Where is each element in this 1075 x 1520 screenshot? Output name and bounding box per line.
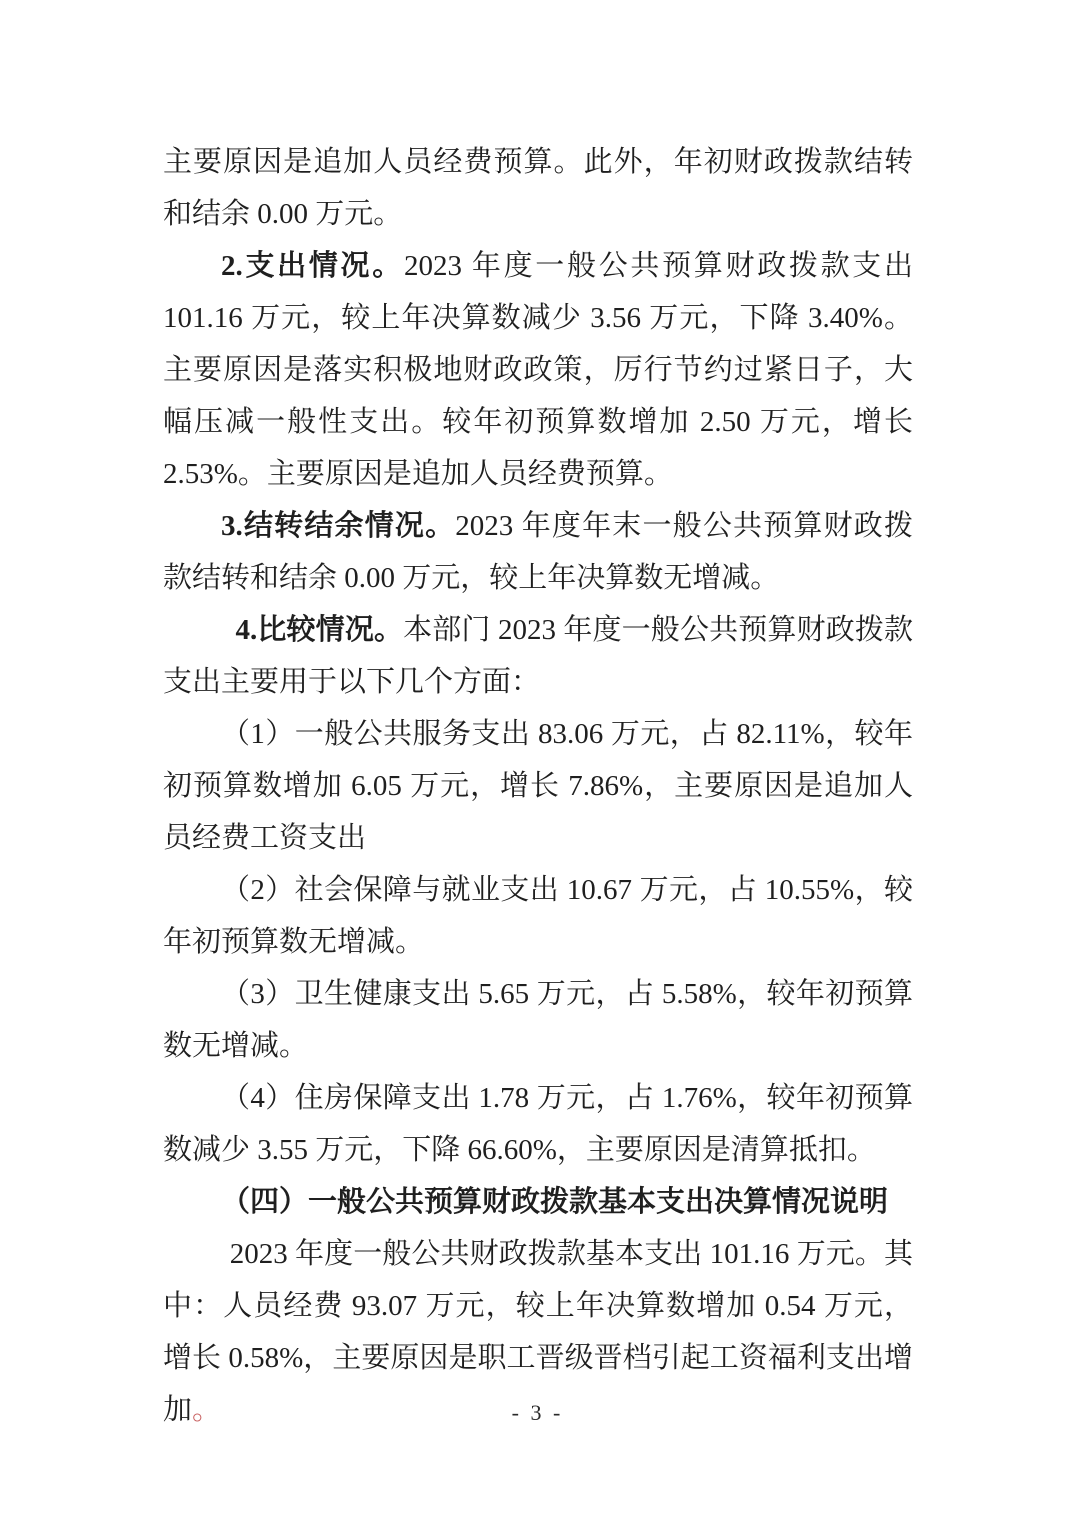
bold-run: 2.支出情况。 bbox=[221, 250, 404, 282]
para-item-4-housing-security: （4）住房保障支出 1.78 万元，占 1.76%，较年初预算数减少 3.55 … bbox=[163, 1072, 913, 1176]
text-run: （1）一般公共服务支出 83.06 万元，占 82.11%，较年初预算数增加 6… bbox=[163, 718, 913, 854]
bold-run: 4.比较情况。 bbox=[236, 614, 404, 646]
document-body: 主要原因是追加人员经费预算。此外，年初财政拨款结转和结余 0.00 万元。2.支… bbox=[163, 136, 913, 1436]
text-run: （4）住房保障支出 1.78 万元，占 1.76%，较年初预算数减少 3.55 … bbox=[163, 1082, 913, 1166]
heading-section-4-basic-expenditure: （四）一般公共预算财政拨款基本支出决算情况说明 bbox=[163, 1176, 913, 1228]
text-run: 2023 年度一般公共财政拨款基本支出 101.16 万元。其中：人员经费 93… bbox=[163, 1238, 913, 1426]
text-run: 主要原因是追加人员经费预算。此外，年初财政拨款结转和结余 0.00 万元。 bbox=[163, 146, 913, 230]
bold-run: 3.结转结余情况。 bbox=[221, 510, 455, 542]
text-run: （2）社会保障与就业支出 10.67 万元，占 10.55%，较年初预算数无增减… bbox=[163, 874, 913, 958]
text-run: 2023 年度一般公共预算财政拨款支出 101.16 万元，较上年决算数减少 3… bbox=[163, 250, 913, 490]
para-3-carryover-balance: 3.结转结余情况。2023 年度年末一般公共预算财政拨款结转和结余 0.00 万… bbox=[163, 500, 913, 604]
text-run: （3）卫生健康支出 5.65 万元，占 5.58%，较年初预算数无增减。 bbox=[163, 978, 913, 1062]
para-4-comparison: 4.比较情况。本部门 2023 年度一般公共预算财政拨款支出主要用于以下几个方面… bbox=[163, 604, 913, 708]
para-item-1-general-public-services: （1）一般公共服务支出 83.06 万元，占 82.11%，较年初预算数增加 6… bbox=[163, 708, 913, 864]
bold-run: （四）一般公共预算财政拨款基本支出决算情况说明 bbox=[221, 1186, 888, 1218]
para-item-2-social-security-employment: （2）社会保障与就业支出 10.67 万元，占 10.55%，较年初预算数无增减… bbox=[163, 864, 913, 968]
para-item-3-health: （3）卫生健康支出 5.65 万元，占 5.58%，较年初预算数无增减。 bbox=[163, 968, 913, 1072]
page-number: - 3 - bbox=[0, 1400, 1075, 1426]
para-2-expenditure: 2.支出情况。2023 年度一般公共预算财政拨款支出 101.16 万元，较上年… bbox=[163, 240, 913, 500]
document-page: 主要原因是追加人员经费预算。此外，年初财政拨款结转和结余 0.00 万元。2.支… bbox=[0, 0, 1075, 1520]
para-continued-from-previous-page: 主要原因是追加人员经费预算。此外，年初财政拨款结转和结余 0.00 万元。 bbox=[163, 136, 913, 240]
